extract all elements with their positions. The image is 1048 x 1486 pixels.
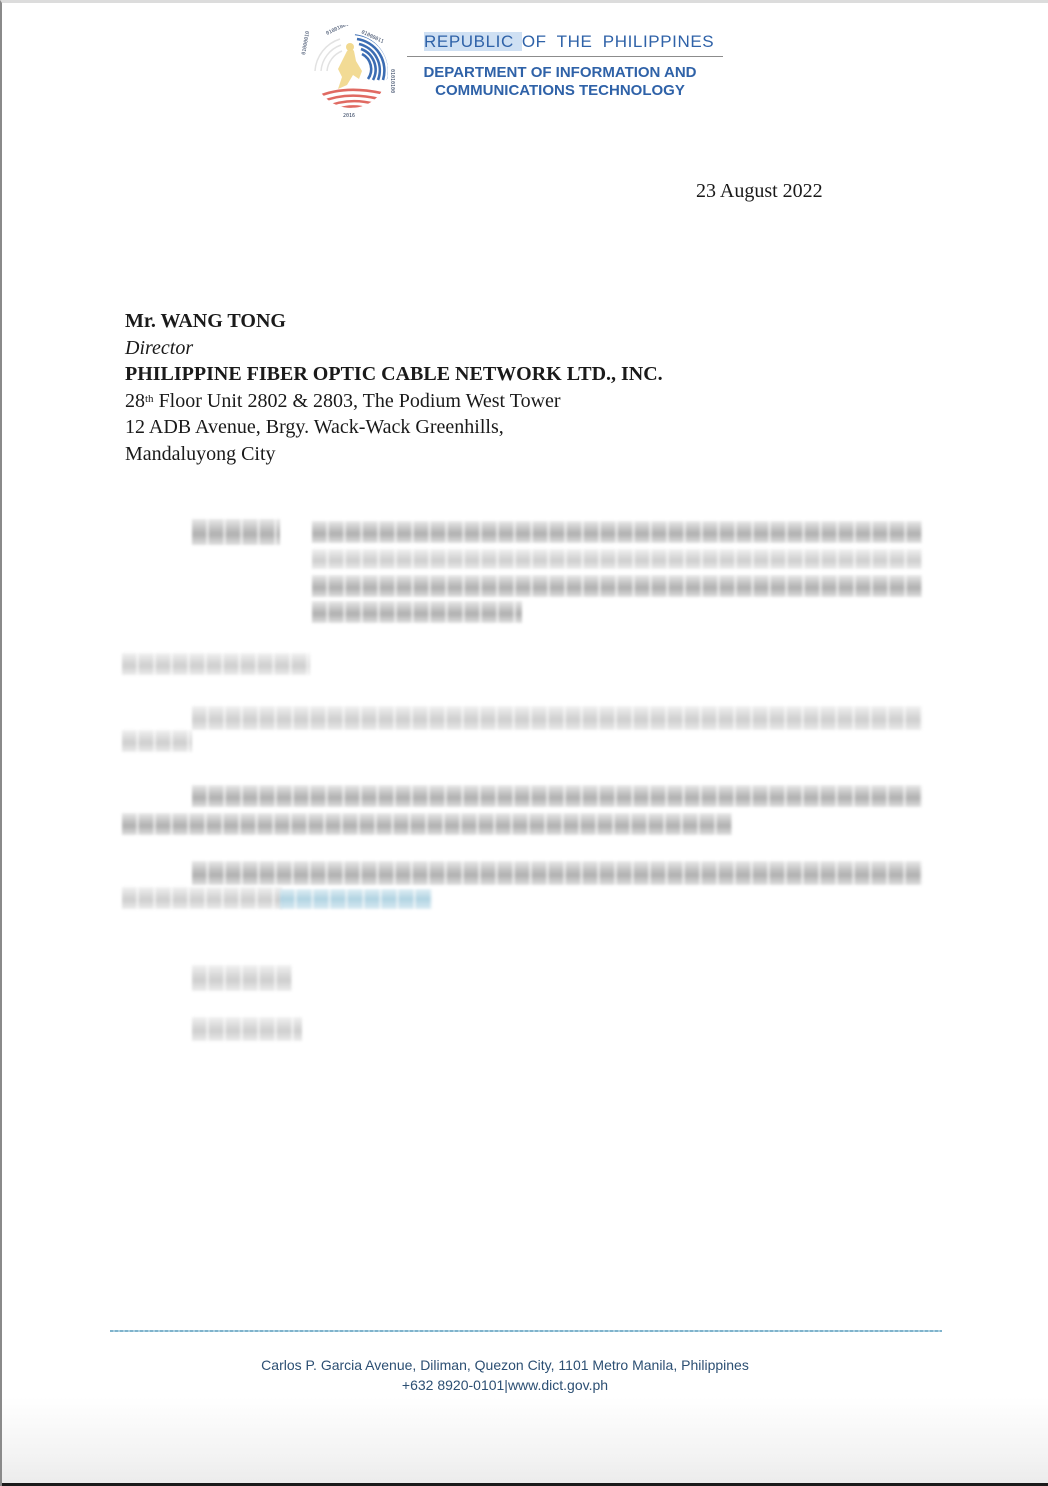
addressee-block: Mr. WANG TONG Director PHILIPPINE FIBER … (125, 308, 663, 467)
svg-text:01000010: 01000010 (301, 31, 311, 56)
addressee-address-line-2: 12 ADB Avenue, Brgy. Wack-Wack Greenhill… (125, 414, 663, 441)
footer-divider (110, 1330, 942, 1332)
letter-date: 23 August 2022 (696, 180, 823, 203)
footer-phone: +632 8920-0101 (402, 1377, 504, 1393)
dict-seal-icon: 01001001 01000011 01010100 01000010 2016 (299, 25, 403, 119)
footer-contact: +632 8920-0101|www.dict.gov.ph (110, 1375, 900, 1395)
footer: Carlos P. Garcia Avenue, Diliman, Quezon… (110, 1355, 900, 1395)
republic-highlight: REPUBLIC (424, 32, 522, 51)
floor-number: 28 (125, 390, 145, 412)
redacted-subject-label (192, 519, 280, 545)
addressee-company: PHILIPPINE FIBER OPTIC CABLE NETWORK LTD… (125, 361, 663, 388)
addressee-address-line-1: 28th Floor Unit 2802 & 2803, The Podium … (125, 388, 663, 415)
addressee-name: Mr. WANG TONG (125, 308, 663, 335)
letterhead-divider (407, 56, 723, 57)
redacted-signatory (192, 1017, 302, 1041)
department-line-2: COMMUNICATIONS TECHNOLOGY (407, 82, 713, 100)
letter-page: 01001001 01000011 01010100 01000010 2016… (0, 0, 1048, 1486)
floor-suffix: th (145, 393, 154, 405)
address-line-1-rest: Floor Unit 2802 & 2803, The Podium West … (154, 390, 561, 412)
addressee-title: Director (125, 335, 663, 362)
footer-website-link[interactable]: www.dict.gov.ph (508, 1377, 608, 1393)
redacted-salutation (122, 653, 310, 675)
letterhead-department: DEPARTMENT OF INFORMATION AND COMMUNICAT… (407, 64, 713, 100)
redacted-closing (192, 965, 292, 991)
department-line-1: DEPARTMENT OF INFORMATION AND (407, 64, 713, 82)
svg-text:01010100: 01010100 (389, 69, 395, 93)
addressee-address-line-3: Mandaluyong City (125, 441, 663, 468)
footer-address: Carlos P. Garcia Avenue, Diliman, Quezon… (110, 1355, 900, 1375)
republic-rest: OF THE PHILIPPINES (522, 32, 714, 51)
redacted-email-link[interactable] (280, 889, 432, 909)
svg-text:2016: 2016 (343, 113, 355, 119)
letterhead-republic: REPUBLICOF THE PHILIPPINES (424, 32, 714, 52)
